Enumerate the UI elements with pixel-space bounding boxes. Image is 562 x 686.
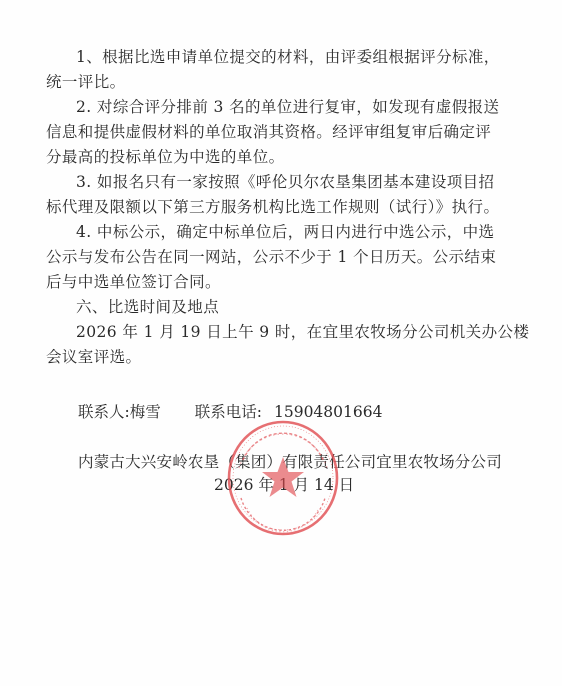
document-page: 1、根据比选申请单位提交的材料，由评委组根据评分标准， 统一评比。 2. 对综合… [0,0,562,686]
contact-phone-number: 15904801664 [274,403,382,421]
item-1-line-2: 统一评比。 [46,72,126,92]
item-2-line-1: 2. 对综合评分排前 3 名的单位进行复审，如发现有虚假报送 [76,97,499,117]
item-4-line-3: 后与中选单位签订合同。 [46,272,221,292]
item-2-line-2: 信息和提供虚假材料的单位取消其资格。经评审组复审后确定评 [46,122,491,142]
item-4-line-2: 公示与发布公告在同一网站，公示不少于 1 个日历天。公示结束 [46,247,496,267]
item-3-line-1: 3. 如报名只有一家按照《呼伦贝尔农垦集团基本建设项目招 [76,172,494,192]
item-1-line-1: 1、根据比选申请单位提交的材料，由评委组根据评分标准， [76,47,500,67]
contact-person-label: 联系人: [78,403,130,421]
section-6-line-2: 会议室评选。 [46,347,141,367]
contact-phone-label: 联系电话: [195,403,262,421]
section-6-line-1: 2026 年 1 月 19 日上午 9 时，在宜里农牧场分公司机关办公楼 [76,322,529,342]
signature-organization: 内蒙古大兴安岭农垦（集团）有限责任公司宜里农牧场分公司 [78,452,502,472]
signature-date: 2026 年 1 月 14 日 [214,475,354,495]
section-6-heading: 六、比选时间及地点 [76,297,219,317]
item-2-line-3: 分最高的投标单位为中选的单位。 [46,147,285,167]
contact-person-name: 梅雪 [130,403,161,421]
item-3-line-2: 标代理及限额以下第三方服务机构比选工作规则（试行）》执行。 [46,197,499,217]
contact-line: 联系人:梅雪联系电话:15904801664 [78,402,382,422]
item-4-line-1: 4. 中标公示，确定中标单位后，两日内进行中选公示，中选 [76,222,494,242]
